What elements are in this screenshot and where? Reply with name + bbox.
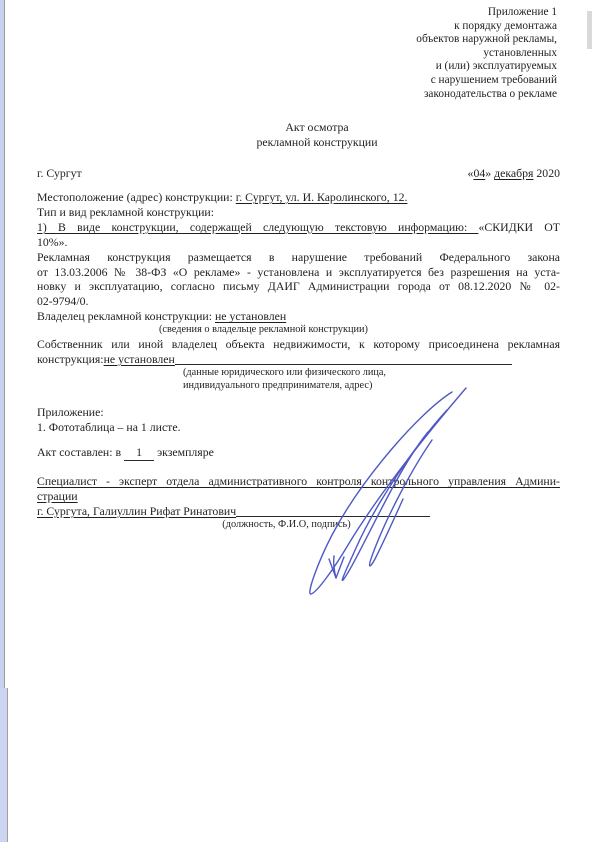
location-value: г. Сургут, ул. И. Каролинского, 12. bbox=[236, 190, 408, 204]
property-line-1: Собственник или иной владелец объекта не… bbox=[37, 337, 560, 352]
location-line: Местоположение (адрес) конструкции: г. С… bbox=[37, 190, 560, 205]
type-item-rest: «СКИДКИ ОТ bbox=[478, 220, 560, 234]
scan-edge-left-bottom bbox=[0, 688, 7, 842]
spacer bbox=[37, 435, 560, 445]
type-item-cont-line: 10%». bbox=[37, 235, 560, 250]
property-label: конструкция: bbox=[37, 352, 104, 367]
property-note-1: (данные юридического или физического лиц… bbox=[37, 367, 560, 380]
type-label-line: Тип и вид рекламной конструкции: bbox=[37, 205, 560, 220]
quote-close: » bbox=[485, 166, 491, 180]
copies-line: Акт составлен: в1экземпляре bbox=[37, 445, 560, 461]
spacer bbox=[37, 461, 560, 474]
date-month: декабря bbox=[494, 166, 533, 180]
owner-note: (сведения о владельце рекламной конструк… bbox=[37, 324, 560, 337]
attachment-label-line: Приложение: bbox=[37, 405, 560, 420]
violation-line-3: новку и эксплуатацию, согласно письму ДА… bbox=[37, 279, 560, 294]
place-date-row: г. Сургут «04» декабря 2020 bbox=[37, 166, 560, 181]
signer-line-1: Специалист - эксперт отдела администрати… bbox=[37, 474, 560, 489]
owner-line: Владелец рекламной конструкции: не устан… bbox=[37, 309, 560, 324]
signer-title-part-1: Специалист - эксперт отдела администрати… bbox=[37, 474, 560, 488]
owner-label: Владелец рекламной конструкции: bbox=[37, 309, 215, 323]
violation-line-4: 02-9794/0. bbox=[37, 294, 560, 309]
signature-fill-line bbox=[236, 504, 430, 517]
signer-note: (должность, Ф.И.О, подпись) bbox=[37, 519, 560, 532]
appendix-line: установленных bbox=[416, 47, 557, 61]
scan-artifact-right bbox=[587, 11, 592, 49]
property-line-2: конструкция: не установлен bbox=[37, 352, 560, 367]
property-value: не установлен bbox=[104, 352, 175, 367]
signer-name: г. Сургута, Галиуллин Рифат Ринатович bbox=[37, 504, 236, 519]
date-value: «04» декабря 2020 bbox=[468, 166, 560, 181]
appendix-line: к порядку демонтажа bbox=[416, 20, 557, 34]
document-page: Приложение 1 к порядку демонтажа объекто… bbox=[0, 0, 595, 842]
appendix-line: законодательства о рекламе bbox=[416, 88, 557, 102]
appendix-header: Приложение 1 к порядку демонтажа объекто… bbox=[416, 6, 557, 101]
owner-value: не установлен bbox=[215, 309, 286, 323]
city-label: г. Сургут bbox=[37, 166, 82, 181]
signer-title-part-2: страции bbox=[37, 489, 78, 503]
violation-line-2: от 13.03.2006 № 38-ФЗ «О рекламе» - уста… bbox=[37, 265, 560, 280]
title-line-1: Акт осмотра bbox=[256, 120, 377, 135]
property-note-2: индивидуального предпринимателя, адрес) bbox=[37, 380, 560, 393]
copies-suffix: экземпляре bbox=[157, 445, 214, 459]
type-item-underlined: 1) В виде конструкции, содержащей следую… bbox=[37, 220, 478, 234]
title-line-2: рекламной конструкции bbox=[256, 135, 377, 150]
blank-fill-line bbox=[175, 352, 512, 365]
appendix-line: объектов наружной рекламы, bbox=[416, 33, 557, 47]
copies-count: 1 bbox=[124, 445, 154, 461]
signer-line-2: страции bbox=[37, 489, 560, 504]
location-label: Местоположение (адрес) конструкции: bbox=[37, 190, 236, 204]
appendix-line: и (или) эксплуатируемых bbox=[416, 60, 557, 74]
document-body: Местоположение (адрес) конструкции: г. С… bbox=[37, 190, 560, 532]
violation-line-1: Рекламная конструкция размещается в нару… bbox=[37, 250, 560, 265]
scan-edge-left-bottom-line bbox=[7, 688, 8, 842]
attachment-item-line: 1. Фототаблица – на 1 листе. bbox=[37, 420, 560, 435]
date-day: 04 bbox=[473, 166, 485, 180]
copies-prefix: Акт составлен: в bbox=[37, 445, 121, 459]
appendix-line: с нарушением требований bbox=[416, 74, 557, 88]
signer-line-3: г. Сургута, Галиуллин Рифат Ринатович bbox=[37, 504, 560, 519]
type-item-line: 1) В виде конструкции, содержащей следую… bbox=[37, 220, 560, 235]
spacer bbox=[37, 392, 560, 405]
page-title: Акт осмотра рекламной конструкции bbox=[256, 120, 377, 149]
appendix-line: Приложение 1 bbox=[416, 6, 557, 20]
date-year: 2020 bbox=[533, 166, 560, 180]
